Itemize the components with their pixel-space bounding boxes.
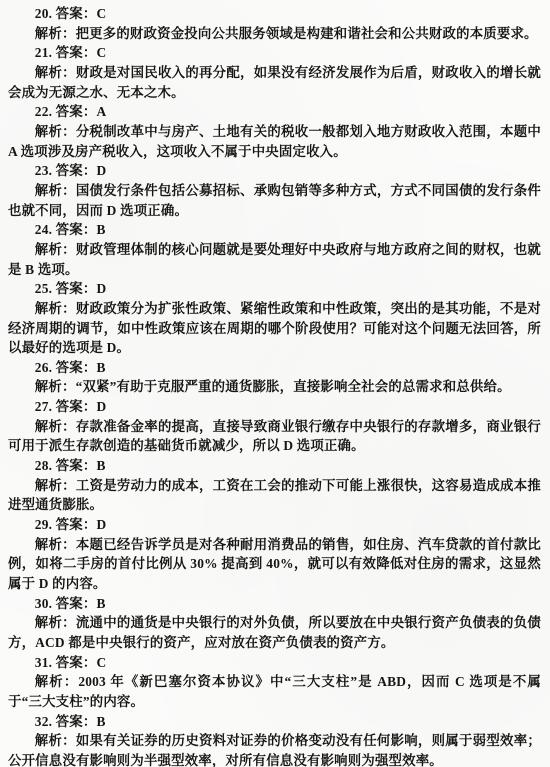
analysis-paragraph: 解析：如果有关证券的历史资料对证券的价格变动没有任何影响，则属于弱型效率；公开信… [8, 731, 541, 767]
answer-line: 32. 答案：B [8, 712, 541, 732]
answer-line: 24. 答案：B [8, 220, 541, 240]
analysis-paragraph: 解析：财政是对国民收入的再分配，如果没有经济发展作为后盾，财政收入的增长就会成为… [8, 63, 541, 102]
answer-line: 28. 答案：B [8, 456, 541, 476]
answer-line: 30. 答案：B [8, 594, 541, 614]
answer-line: 20. 答案：C [8, 4, 541, 24]
qa-item-30: 30. 答案：B 解析：流通中的通货是中央银行的对外负债，所以要放在中央银行资产… [8, 594, 541, 653]
analysis-paragraph: 解析：“双紧”有助于克服严重的通货膨胀，直接影响全社会的总需求和总供给。 [8, 377, 541, 397]
analysis-paragraph: 解析：工资是劳动力的成本，工资在工会的推动下可能上涨很快，这容易造成成本推进型通… [8, 476, 541, 515]
qa-item-29: 29. 答案：D 解析：本题已经告诉学员是对各种耐用消费品的销售，如住房、汽车贷… [8, 515, 541, 594]
analysis-paragraph: 解析：本题已经告诉学员是对各种耐用消费品的销售，如住房、汽车贷款的首付款比例，如… [8, 535, 541, 594]
answer-line: 31. 答案：C [8, 653, 541, 673]
analysis-paragraph: 解析：2003 年《新巴塞尔资本协议》中“三大支柱”是 ABD，因而 C 选项是… [8, 672, 541, 711]
qa-item-22: 22. 答案：A 解析：分税制改革中与房产、土地有关的税收一般都划入地方财政收入… [8, 102, 541, 161]
qa-item-32: 32. 答案：B 解析：如果有关证券的历史资料对证券的价格变动没有任何影响，则属… [8, 712, 541, 767]
analysis-paragraph: 解析：把更多的财政资金投向公共服务领域是构建和谐社会和公共财政的本质要求。 [8, 24, 541, 44]
analysis-paragraph: 解析：财政管理体制的核心问题就是要处理好中央政府与地方政府之间的财权，也就是 B… [8, 240, 541, 279]
analysis-paragraph: 解析：财政政策分为扩张性政策、紧缩性政策和中性政策，突出的是其功能，不是对经济周… [8, 299, 541, 358]
answer-line: 22. 答案：A [8, 102, 541, 122]
answer-line: 21. 答案：C [8, 43, 541, 63]
qa-item-23: 23. 答案：D 解析：国债发行条件包括公募招标、承购包销等多种方式，方式不同国… [8, 161, 541, 220]
analysis-paragraph: 解析：存款准备金率的提高，直接导致商业银行缴存中央银行的存款增多，商业银行可用于… [8, 417, 541, 456]
qa-item-24: 24. 答案：B 解析：财政管理体制的核心问题就是要处理好中央政府与地方政府之间… [8, 220, 541, 279]
analysis-paragraph: 解析：流通中的通货是中央银行的对外负债，所以要放在中央银行资产负债表的负债方，A… [8, 613, 541, 652]
scanned-exam-answer-page: { "page": { "background": "#fbfbfa", "te… [0, 0, 550, 767]
qa-item-21: 21. 答案：C 解析：财政是对国民收入的再分配，如果没有经济发展作为后盾，财政… [8, 43, 541, 102]
answer-line: 26. 答案：B [8, 358, 541, 378]
qa-item-26: 26. 答案：B 解析：“双紧”有助于克服严重的通货膨胀，直接影响全社会的总需求… [8, 358, 541, 397]
qa-item-31: 31. 答案：C 解析：2003 年《新巴塞尔资本协议》中“三大支柱”是 ABD… [8, 653, 541, 712]
answer-line: 25. 答案：D [8, 279, 541, 299]
answer-line: 27. 答案：D [8, 397, 541, 417]
answer-line: 23. 答案：D [8, 161, 541, 181]
qa-item-20: 20. 答案：C 解析：把更多的财政资金投向公共服务领域是构建和谐社会和公共财政… [8, 4, 541, 43]
analysis-paragraph: 解析：国债发行条件包括公募招标、承购包销等多种方式，方式不同国债的发行条件也就不… [8, 181, 541, 220]
qa-item-28: 28. 答案：B 解析：工资是劳动力的成本，工资在工会的推动下可能上涨很快，这容… [8, 456, 541, 515]
answer-line: 29. 答案：D [8, 515, 541, 535]
qa-item-25: 25. 答案：D 解析：财政政策分为扩张性政策、紧缩性政策和中性政策，突出的是其… [8, 279, 541, 358]
qa-item-27: 27. 答案：D 解析：存款准备金率的提高，直接导致商业银行缴存中央银行的存款增… [8, 397, 541, 456]
analysis-paragraph: 解析：分税制改革中与房产、土地有关的税收一般都划入地方财政收入范围，本题中 A … [8, 122, 541, 161]
document-page: 20. 答案：C 解析：把更多的财政资金投向公共服务领域是构建和谐社会和公共财政… [0, 0, 550, 767]
